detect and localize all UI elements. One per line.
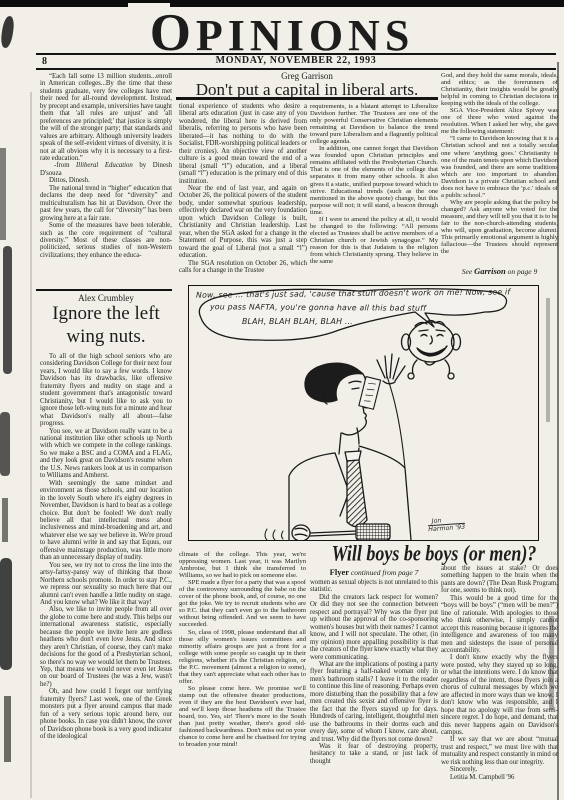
attribution-prefix: -from	[54, 162, 76, 169]
paragraph: God, and they hold the same morals, idea…	[441, 72, 558, 107]
scan-artifact	[4, 696, 11, 762]
crumbley-col1-paragraphs: To all of the high school seniors who ar…	[40, 353, 172, 741]
paragraph: With seemingly the same mindset and envi…	[40, 480, 172, 562]
flyer-col2-paragraphs: about the issues at stake? Or does somet…	[441, 565, 558, 766]
paragraph: You see, we try not to cross the line in…	[40, 562, 172, 607]
man-figure	[265, 354, 411, 540]
paragraph: What are the implications of posting a p…	[310, 661, 438, 743]
paragraph: Why are people asking that the policy be…	[441, 199, 558, 255]
paragraph: To all of the high school seniors who ar…	[40, 353, 172, 428]
cartoonist-signature: Jon Harmon '93	[428, 516, 466, 534]
paragraph: You see, we at Davidson really want to b…	[40, 428, 172, 480]
garrison-intro-paragraphs: Dittos, Dinesh.The national trend in “hi…	[40, 177, 172, 259]
paragraph: This would be a good time for the “boys …	[441, 595, 558, 655]
garrison-col3-paragraphs: requirements, is a blatant attempt to Li…	[310, 103, 438, 265]
page-fold-line	[30, 92, 32, 798]
quote-attribution: -from Illiberal Education by Dinesh D'so…	[40, 162, 172, 177]
paragraph: “I came to Davidson knowing that it is a…	[441, 135, 558, 198]
kicker-rest: continued from page 7	[349, 568, 418, 577]
paragraph: Was it fear of destroying property, hesi…	[310, 743, 438, 765]
striped-tie	[347, 460, 367, 527]
paragraph: tional experience of students who desire…	[179, 103, 307, 185]
bubble-text-line2: you pass NAFTA, you're gonna have all th…	[210, 302, 426, 313]
kicker-name: Flyer	[330, 567, 349, 577]
flyer-col1-paragraphs: women as sexual objects is not unrelated…	[310, 579, 438, 765]
paragraph: about the issues at stake? Or does somet…	[441, 565, 558, 595]
crumbley-column-2: climate of the college. This year, we're…	[179, 551, 306, 797]
paragraph: Some of the measures have been tolerable…	[40, 222, 172, 259]
paragraph: I don't know exactly why the flyers were…	[441, 654, 558, 736]
garrison-column-3: requirements, is a blatant attempt to Li…	[310, 103, 438, 283]
bubble-text-line3: BLAH, BLAH BLAH, BLAH ...	[242, 317, 353, 326]
paragraph: Sincerely,	[441, 766, 558, 773]
paragraph: Also, we like to invite people from all …	[40, 606, 172, 688]
paragraph: The national trend in “higher” education…	[40, 185, 172, 222]
garrison-column-2: tional experience of students who desire…	[179, 103, 307, 283]
paragraph: Letitia M. Campbell '96	[441, 774, 558, 781]
fly-swatter	[356, 524, 390, 540]
article-garrison-header: Greg Garrison Don't put a capital in lib…	[176, 71, 438, 99]
paragraph: So, class of 1998, please understand tha…	[179, 629, 306, 685]
scan-artifact	[2, 498, 8, 542]
scan-artifact	[546, 298, 550, 422]
headline-rule	[176, 97, 438, 100]
scan-artifact	[0, 148, 6, 240]
crumbley-col2-paragraphs: climate of the college. This year, we're…	[179, 551, 306, 748]
scan-edge-top	[0, 0, 564, 7]
paragraph: SGA Vice-President Alice Spivey was one …	[441, 107, 558, 135]
paragraph: If we say that we are about “mutual trus…	[441, 736, 558, 766]
opening-quote: “Each fall some 13 million students...en…	[40, 73, 172, 162]
dateline: MONDAY, NOVEMBER 22, 1993	[36, 55, 556, 66]
garrison-column-1: “Each fall some 13 million students...en…	[40, 73, 172, 288]
paragraph: Dittos, Dinesh.	[40, 177, 172, 184]
paragraph: SPE made a flyer for a party that was a …	[179, 579, 306, 628]
jump-rest: on page 9	[506, 267, 537, 276]
article-divider-rule	[36, 289, 172, 291]
paragraph: The SGA resolution on October 26, which …	[179, 260, 307, 275]
paragraph: So please come here. We promise we'll st…	[179, 685, 306, 748]
scan-artifact	[0, 412, 10, 476]
caricature-head	[402, 321, 461, 380]
paragraph: In addition, one cannot forget that Davi…	[310, 145, 438, 215]
garrison-column-4: God, and they hold the same morals, idea…	[441, 72, 558, 264]
scan-artifact	[0, 558, 12, 670]
paragraph: requirements, is a blatant attempt to Li…	[310, 103, 438, 145]
crumbley-headline: Ignore the left wing nuts.	[40, 302, 172, 348]
flyer-continued-kicker: Flyer continued from page 7	[310, 567, 438, 577]
rule	[36, 68, 556, 70]
paragraph: Did the creators lack respect for women?…	[310, 594, 438, 661]
flyer-column-1: women as sexual objects is not unrelated…	[310, 579, 438, 797]
garrison-jump-line: See Garrison on page 9	[441, 266, 558, 276]
garrison-col4-paragraphs: God, and they hold the same morals, idea…	[441, 72, 558, 255]
paragraph: Oh, and how could I forget our terrifyin…	[40, 688, 172, 740]
crumbley-column-1: To all of the high school seniors who ar…	[40, 353, 172, 798]
editorial-cartoon	[188, 285, 539, 541]
paragraph: If I were to amend the policy at all, it…	[310, 216, 438, 265]
garrison-col2-paragraphs: tional experience of students who desire…	[179, 103, 307, 274]
attribution-book-title: Illiberal Education	[76, 162, 133, 169]
flyer-headline: Will boys be boys (or men)?	[306, 541, 562, 567]
paragraph: Near the end of last year, and again on …	[179, 185, 307, 260]
paragraph: women as sexual objects is not unrelated…	[310, 579, 438, 594]
scan-artifact	[3, 246, 12, 374]
jump-see: See	[462, 267, 474, 276]
jump-name: Garrison	[474, 266, 506, 276]
flyer-column-2: about the issues at stake? Or does somet…	[441, 565, 558, 797]
flyer-letter-closing: Sincerely,Letitia M. Campbell '96	[441, 766, 558, 781]
paragraph: climate of the college. This year, we're…	[179, 551, 306, 579]
